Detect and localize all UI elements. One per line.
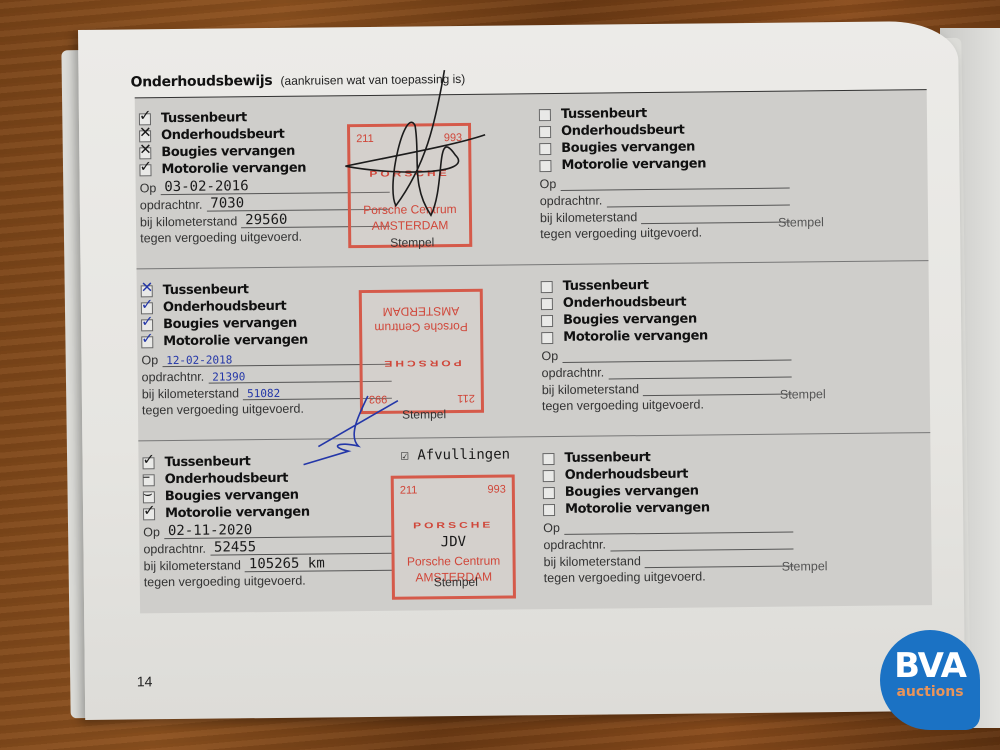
logo-brand: BVA <box>880 648 980 684</box>
order-label: opdrachtnr. <box>142 370 205 385</box>
order-number-field[interactable]: opdrachtnr. <box>543 533 793 553</box>
km-value: 105265 km <box>249 555 325 572</box>
date-field[interactable]: Op12-02-2018 <box>141 348 391 368</box>
checkbox[interactable] <box>543 504 555 516</box>
check-mark-icon: ✓ <box>139 110 151 120</box>
entry-left-column: ✕Tussenbeurt✓Onderhoudsbeurt✓Bougies ver… <box>141 280 392 418</box>
date-label: Op <box>140 181 157 195</box>
km-label: bij kilometerstand <box>542 382 639 397</box>
cross-mark-icon: ✕ <box>139 144 151 154</box>
date-field[interactable]: Op <box>540 172 790 192</box>
order-number-field[interactable]: opdrachtnr. <box>542 361 792 381</box>
date-label: Op <box>543 521 560 535</box>
order-number-field[interactable]: opdrachtnr. <box>540 189 790 209</box>
date-field[interactable]: Op <box>541 344 791 364</box>
entry-left-column: ✓Tussenbeurt–Onderhoudsbeurt⌣Bougies ver… <box>142 452 393 590</box>
check-mark-icon: ✓ <box>141 299 153 309</box>
order-value: 21390 <box>212 370 245 383</box>
km-field[interactable]: bij kilometerstand <box>543 550 793 570</box>
checkbox-label: Onderhoudsbeurt <box>161 127 284 143</box>
footer-text: tegen vergoeding uitgevoerd. <box>542 397 792 414</box>
stamp-brand: PORSCHE <box>362 358 480 369</box>
date-label: Op <box>541 349 558 363</box>
order-value: 52455 <box>214 539 256 555</box>
date-field[interactable]: Op <box>543 516 793 536</box>
order-label: opdrachtnr. <box>140 198 203 213</box>
km-label: bij kilometerstand <box>540 210 637 225</box>
order-label: opdrachtnr. <box>540 194 603 209</box>
checkbox[interactable] <box>539 126 551 138</box>
checkbox-label: Motorolie vervangen <box>561 156 706 173</box>
date-label: Op <box>143 525 160 539</box>
stamp-number-right: 993 <box>444 132 462 144</box>
checkbox-label: Motorolie vervangen <box>563 328 708 345</box>
checkbox-label: Tussenbeurt <box>563 278 649 294</box>
order-label: opdrachtnr. <box>542 366 605 381</box>
checkbox-label: Motorolie vervangen <box>565 500 710 517</box>
km-field[interactable]: bij kilometerstand <box>542 378 792 398</box>
checkbox[interactable] <box>539 143 551 155</box>
km-label: bij kilometerstand <box>544 554 641 569</box>
entry-right-column: TussenbeurtOnderhoudsbeurtBougies vervan… <box>539 104 790 242</box>
stamp-brand: PORSCHE <box>350 168 468 179</box>
order-label: opdrachtnr. <box>143 542 206 557</box>
stamp-centre: Porsche Centrum <box>351 202 469 217</box>
checkbox-label: Bougies vervangen <box>563 312 697 328</box>
checkbox-label: Onderhoudsbeurt <box>565 467 688 483</box>
stamp-brand: PORSCHE <box>394 520 512 531</box>
checkbox-label: Bougies vervangen <box>165 488 299 504</box>
stamp-number-left: 211 <box>356 133 374 145</box>
page-title: Onderhoudsbewijs <box>130 73 272 90</box>
dash-mark-icon: – <box>143 471 150 481</box>
partial-mark-icon: ⌣ <box>143 488 153 498</box>
checkbox[interactable] <box>542 453 554 465</box>
stamp-label-right: Stempel <box>780 387 826 401</box>
checkbox[interactable] <box>539 160 551 172</box>
service-entry: ✓Tussenbeurt–Onderhoudsbeurt⌣Bougies ver… <box>138 434 932 612</box>
stamp-label-right: Stempel <box>782 559 828 573</box>
checkbox[interactable] <box>543 470 555 482</box>
order-value: 7030 <box>210 195 244 211</box>
order-number-field[interactable]: opdrachtnr.52455 <box>143 537 393 557</box>
date-field[interactable]: Op02-11-2020 <box>143 520 393 540</box>
km-value: 29560 <box>245 212 287 228</box>
checkbox[interactable]: ✓ <box>139 164 151 176</box>
km-field[interactable]: bij kilometerstand105265 km <box>144 554 394 574</box>
check-mark-icon: ✓ <box>143 505 155 515</box>
extra-note-handwritten: ☑ Afvullingen <box>400 446 510 463</box>
km-label: bij kilometerstand <box>142 386 239 401</box>
checkbox-label: Motorolie vervangen <box>165 505 310 522</box>
checkbox[interactable]: ✓ <box>141 336 153 348</box>
entry-right-column: TussenbeurtOnderhoudsbeurtBougies vervan… <box>542 448 793 586</box>
date-value: 02-11-2020 <box>168 522 252 539</box>
page-number: 14 <box>137 673 153 689</box>
date-label: Op <box>540 177 557 191</box>
stamp-centre: Porsche Centrum <box>362 320 480 335</box>
stamp-label-left: Stempel <box>402 407 446 421</box>
booklet-page: Onderhoudsbewijs (aankruisen wat van toe… <box>78 21 965 720</box>
checkbox-label: Tussenbeurt <box>161 110 247 126</box>
km-value: 51082 <box>247 387 280 400</box>
checkbox-label: Motorolie vervangen <box>163 333 308 350</box>
checkbox[interactable] <box>541 315 553 327</box>
stamp-label-right: Stempel <box>778 215 824 229</box>
checkbox-label: Onderhoudsbeurt <box>563 295 686 311</box>
date-value: 03-02-2016 <box>164 178 248 195</box>
check-mark-icon: ✓ <box>139 161 151 171</box>
dealer-stamp: 211 993 PORSCHE Porsche Centrum AMSTERDA… <box>359 289 484 414</box>
km-field[interactable]: bij kilometerstand51082 <box>142 382 392 402</box>
date-value: 12-02-2018 <box>166 353 232 367</box>
checkbox[interactable] <box>541 332 553 344</box>
checkbox-label: Tussenbeurt <box>564 450 650 466</box>
check-mark-icon: ✓ <box>141 333 153 343</box>
stamp-handwritten-initials: JDV <box>394 533 512 550</box>
service-entry: ✓Tussenbeurt✕Onderhoudsbeurt✕Bougies ver… <box>135 90 929 269</box>
checkbox-label: Bougies vervangen <box>565 484 699 500</box>
checkbox-label: Motorolie vervangen <box>161 161 306 178</box>
entry-right-column: TussenbeurtOnderhoudsbeurtBougies vervan… <box>541 276 792 414</box>
km-label: bij kilometerstand <box>140 214 237 229</box>
checkbox-label: Tussenbeurt <box>164 454 250 470</box>
checkbox-label: Onderhoudsbeurt <box>165 471 288 487</box>
order-label: opdrachtnr. <box>543 537 606 552</box>
checkbox-label: Bougies vervangen <box>161 144 295 160</box>
stamp-number-left: 211 <box>400 484 418 496</box>
stamp-city: AMSTERDAM <box>362 304 480 319</box>
stamp-number-left: 211 <box>457 392 475 404</box>
stamp-number-right: 993 <box>369 393 387 405</box>
km-field[interactable]: bij kilometerstand <box>540 206 790 226</box>
stamp-city: AMSTERDAM <box>351 218 469 233</box>
km-label: bij kilometerstand <box>144 558 241 573</box>
footer-text: tegen vergoeding uitgevoerd. <box>540 225 790 242</box>
checkbox-label: Onderhoudsbeurt <box>561 123 684 139</box>
service-entry: ✕Tussenbeurt✓Onderhoudsbeurt✓Bougies ver… <box>137 262 931 441</box>
dealer-stamp: 211 993 PORSCHE Porsche Centrum AMSTERDA… <box>347 123 472 248</box>
footer-text: tegen vergoeding uitgevoerd. <box>142 401 392 418</box>
maintenance-form: ✓Tussenbeurt✕Onderhoudsbeurt✕Bougies ver… <box>135 89 932 613</box>
check-mark-icon: ✓ <box>141 316 153 326</box>
footer-text: tegen vergoeding uitgevoerd. <box>544 569 794 586</box>
bva-auctions-logo: BVA auctions <box>880 630 980 730</box>
footer-text: tegen vergoeding uitgevoerd. <box>144 573 394 590</box>
checkbox[interactable]: ✓ <box>143 508 155 520</box>
page-header: Onderhoudsbewijs (aankruisen wat van toe… <box>130 70 465 91</box>
checkbox-label: Tussenbeurt <box>163 282 249 298</box>
checkbox-label: Bougies vervangen <box>561 140 695 156</box>
stamp-centre: Porsche Centrum <box>395 553 513 568</box>
cross-mark-icon: ✕ <box>141 282 153 292</box>
stamp-label-left: Stempel <box>434 575 478 589</box>
checkbox-label: Tussenbeurt <box>561 106 647 122</box>
stamp-label-left: Stempel <box>390 235 434 249</box>
checkbox-label: Onderhoudsbeurt <box>163 299 286 315</box>
stamp-number-right: 993 <box>487 484 505 496</box>
checkbox[interactable] <box>541 281 553 293</box>
cross-mark-icon: ✕ <box>139 127 151 137</box>
checkbox[interactable] <box>543 487 555 499</box>
date-label: Op <box>141 353 158 367</box>
checkbox[interactable] <box>541 298 553 310</box>
order-number-field[interactable]: opdrachtnr.21390 <box>142 365 392 385</box>
logo-sub: auctions <box>880 684 980 700</box>
page-subtitle: (aankruisen wat van toepassing is) <box>280 72 465 88</box>
checkbox[interactable] <box>539 109 551 121</box>
check-mark-icon: ✓ <box>142 454 154 464</box>
checkbox-label: Bougies vervangen <box>163 316 297 332</box>
